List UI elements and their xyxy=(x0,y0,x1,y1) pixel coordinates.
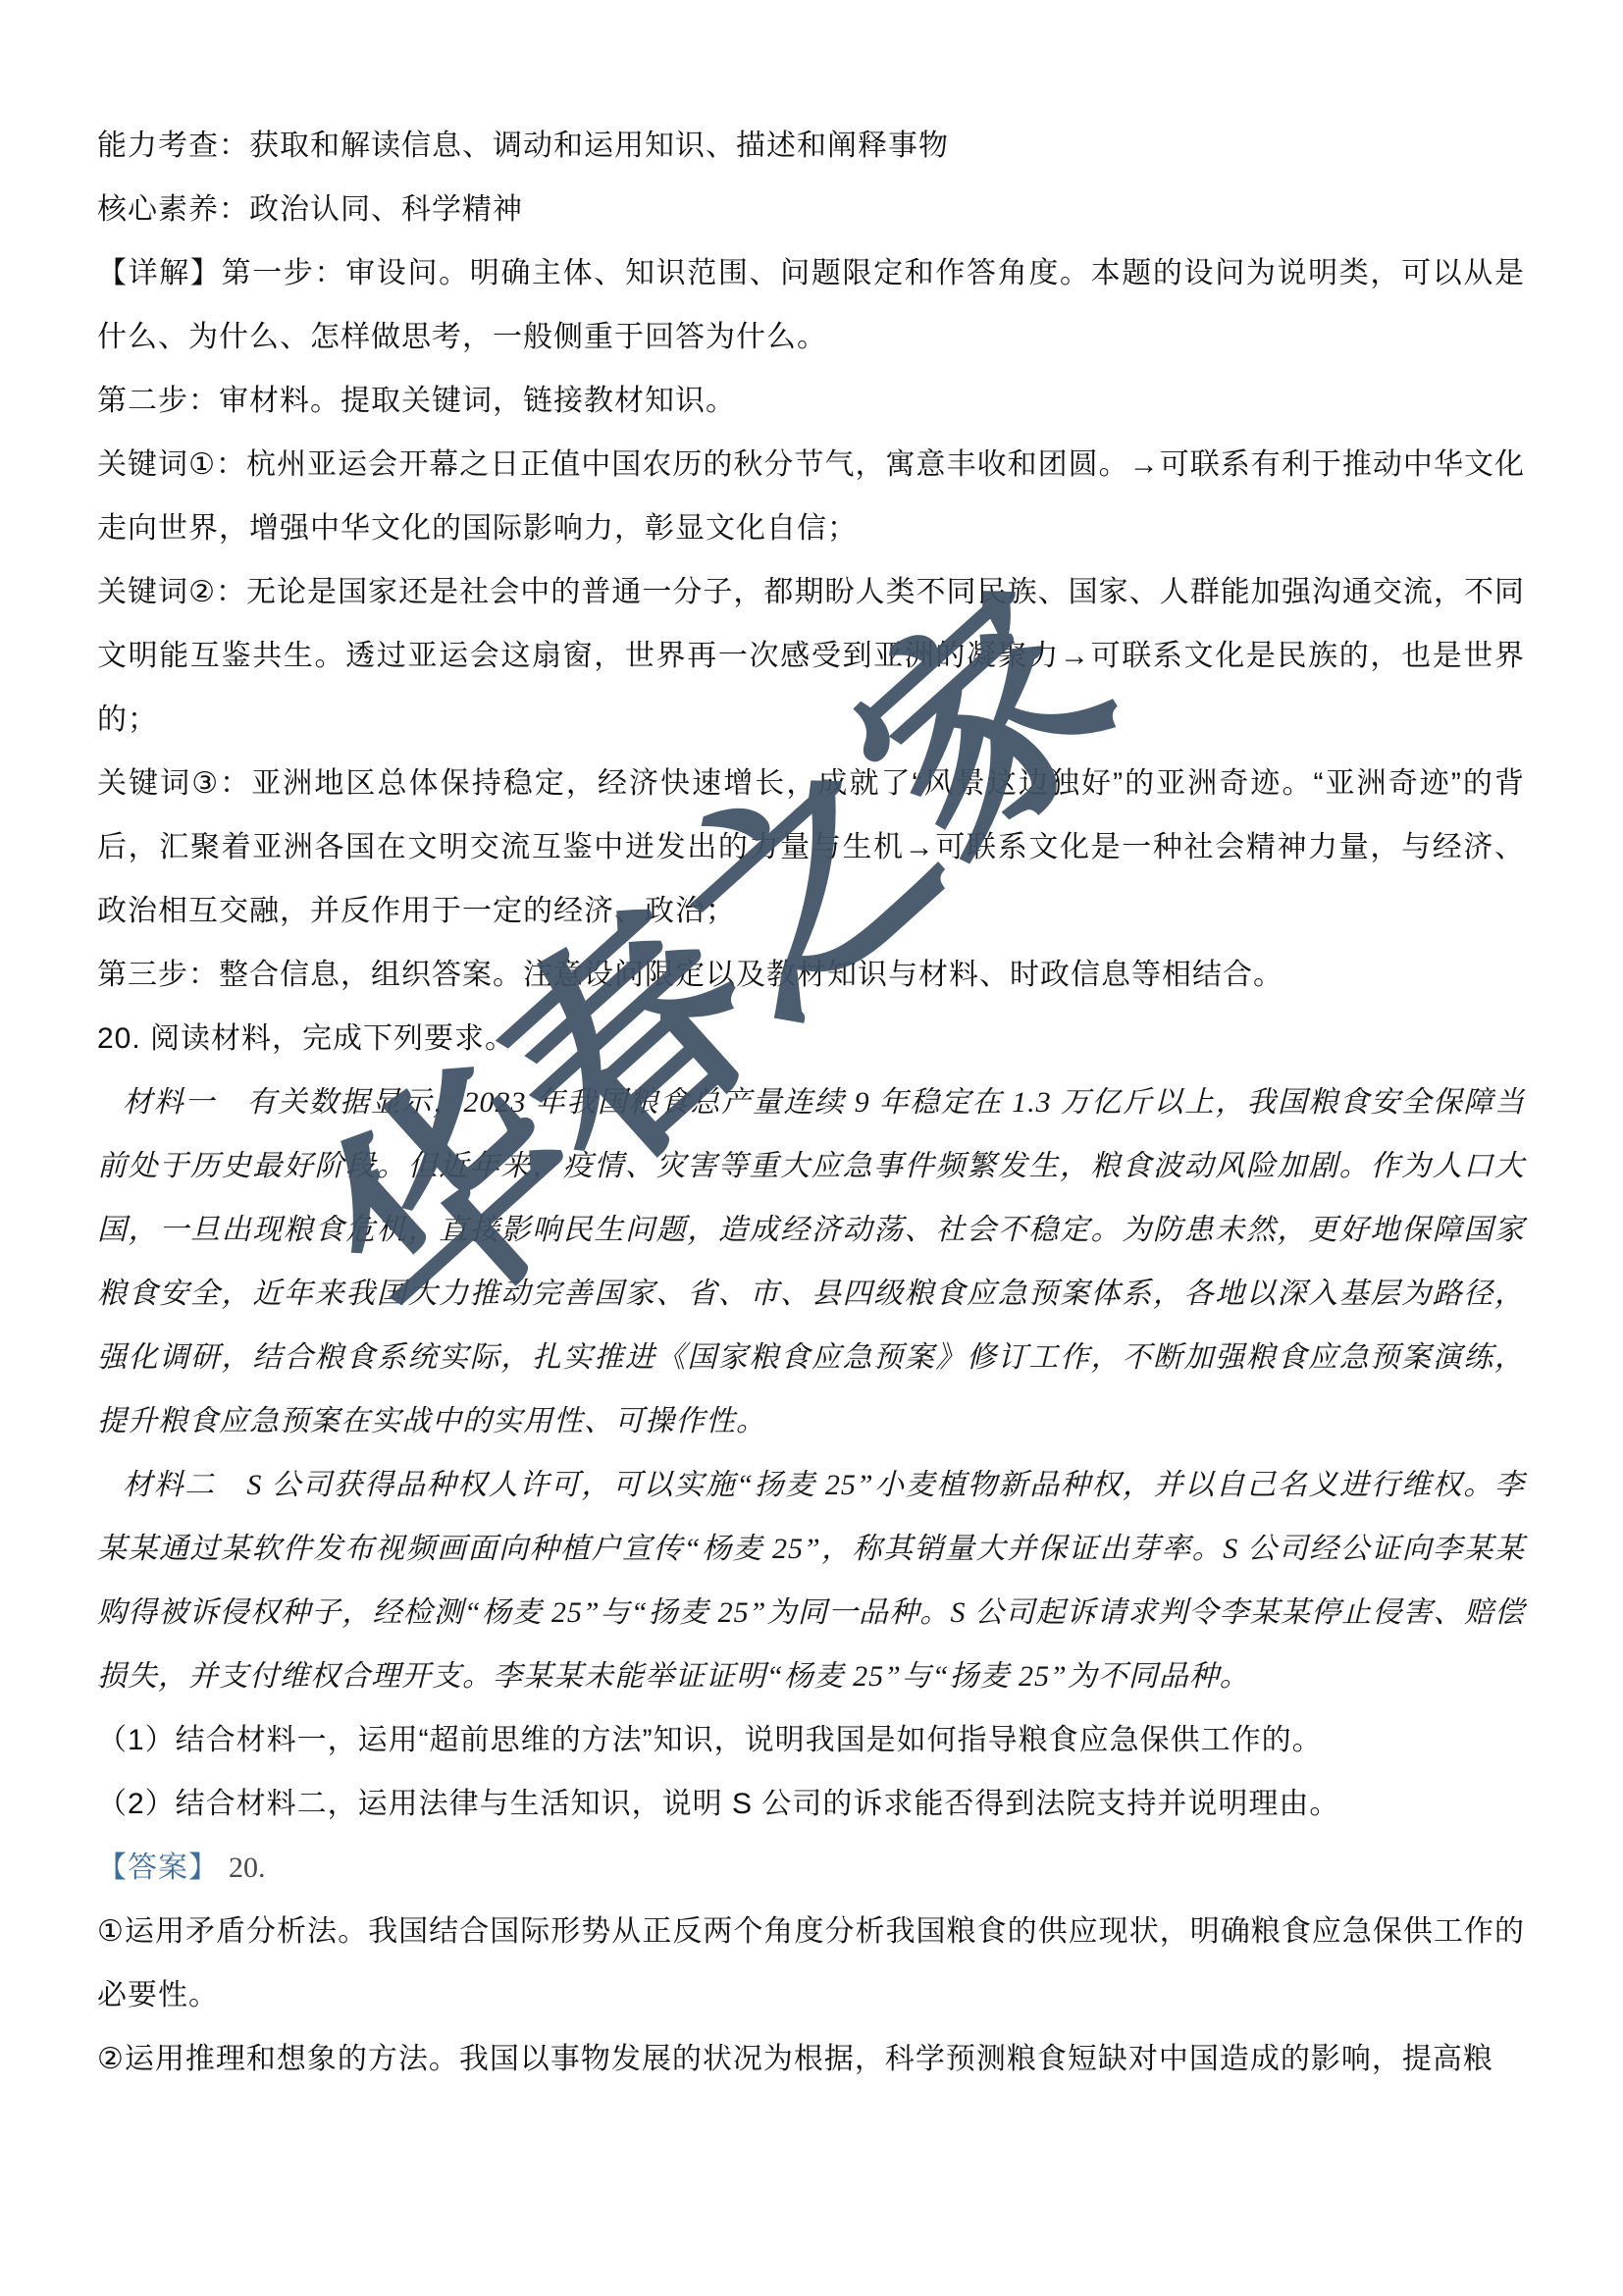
answer-point-2: ②运用推理和想象的方法。我国以事物发展的状况为根据，科学预测粮食短缺对中国造成的… xyxy=(97,2027,1525,2091)
ability-check-line: 能力考查：获取和解读信息、调动和运用知识、描述和阐释事物 xyxy=(97,114,1525,178)
answer-label: 【答案】 xyxy=(97,1852,219,1884)
core-literacy-line: 核心素养：政治认同、科学精神 xyxy=(97,178,1525,241)
question-20-sub2: （2）结合材料二，运用法律与生活知识，说明 S 公司的诉求能否得到法院支持并说明… xyxy=(97,1772,1525,1836)
question-20-intro: 20. 阅读材料，完成下列要求。 xyxy=(97,1007,1525,1070)
keyword-2-line: 关键词②：无论是国家还是社会中的普通一分子，都期盼人类不同民族、国家、人群能加强… xyxy=(97,560,1525,752)
material-1-paragraph: 材料一 有关数据显示，2023 年我国粮食总产量连续 9 年稳定在 1.3 万亿… xyxy=(97,1070,1525,1453)
step2-line: 第二步：审材料。提取关键词，链接教材知识。 xyxy=(97,369,1525,433)
keyword-1-line: 关键词①：杭州亚运会开幕之日正值中国农历的秋分节气，寓意丰收和团圆。→可联系有利… xyxy=(97,433,1525,560)
step3-line: 第三步：整合信息，组织答案。注意设问限定以及教材知识与材料、时政信息等相结合。 xyxy=(97,943,1525,1007)
document-page: 能力考查：获取和解读信息、调动和运用知识、描述和阐释事物 核心素养：政治认同、科… xyxy=(0,0,1623,2296)
answer-number: 20. xyxy=(219,1852,266,1884)
answer-heading: 【答案】20. xyxy=(97,1836,1525,1900)
material-2-paragraph: 材料二 S 公司获得品种权人许可，可以实施“扬麦 25”小麦植物新品种权，并以自… xyxy=(97,1453,1525,1708)
question-20-sub1: （1）结合材料一，运用“超前思维的方法”知识，说明我国是如何指导粮食应急保供工作… xyxy=(97,1708,1525,1772)
answer-point-1: ①运用矛盾分析法。我国结合国际形势从正反两个角度分析我国粮食的供应现状，明确粮食… xyxy=(97,1900,1525,2027)
keyword-3-line: 关键词③：亚洲地区总体保持稳定，经济快速增长，成就了“风景这边独好”的亚洲奇迹。… xyxy=(97,752,1525,943)
detail-step1-line: 【详解】第一步：审设问。明确主体、知识范围、问题限定和作答角度。本题的设问为说明… xyxy=(97,241,1525,369)
document-body: 能力考查：获取和解读信息、调动和运用知识、描述和阐释事物 核心素养：政治认同、科… xyxy=(97,114,1525,2091)
